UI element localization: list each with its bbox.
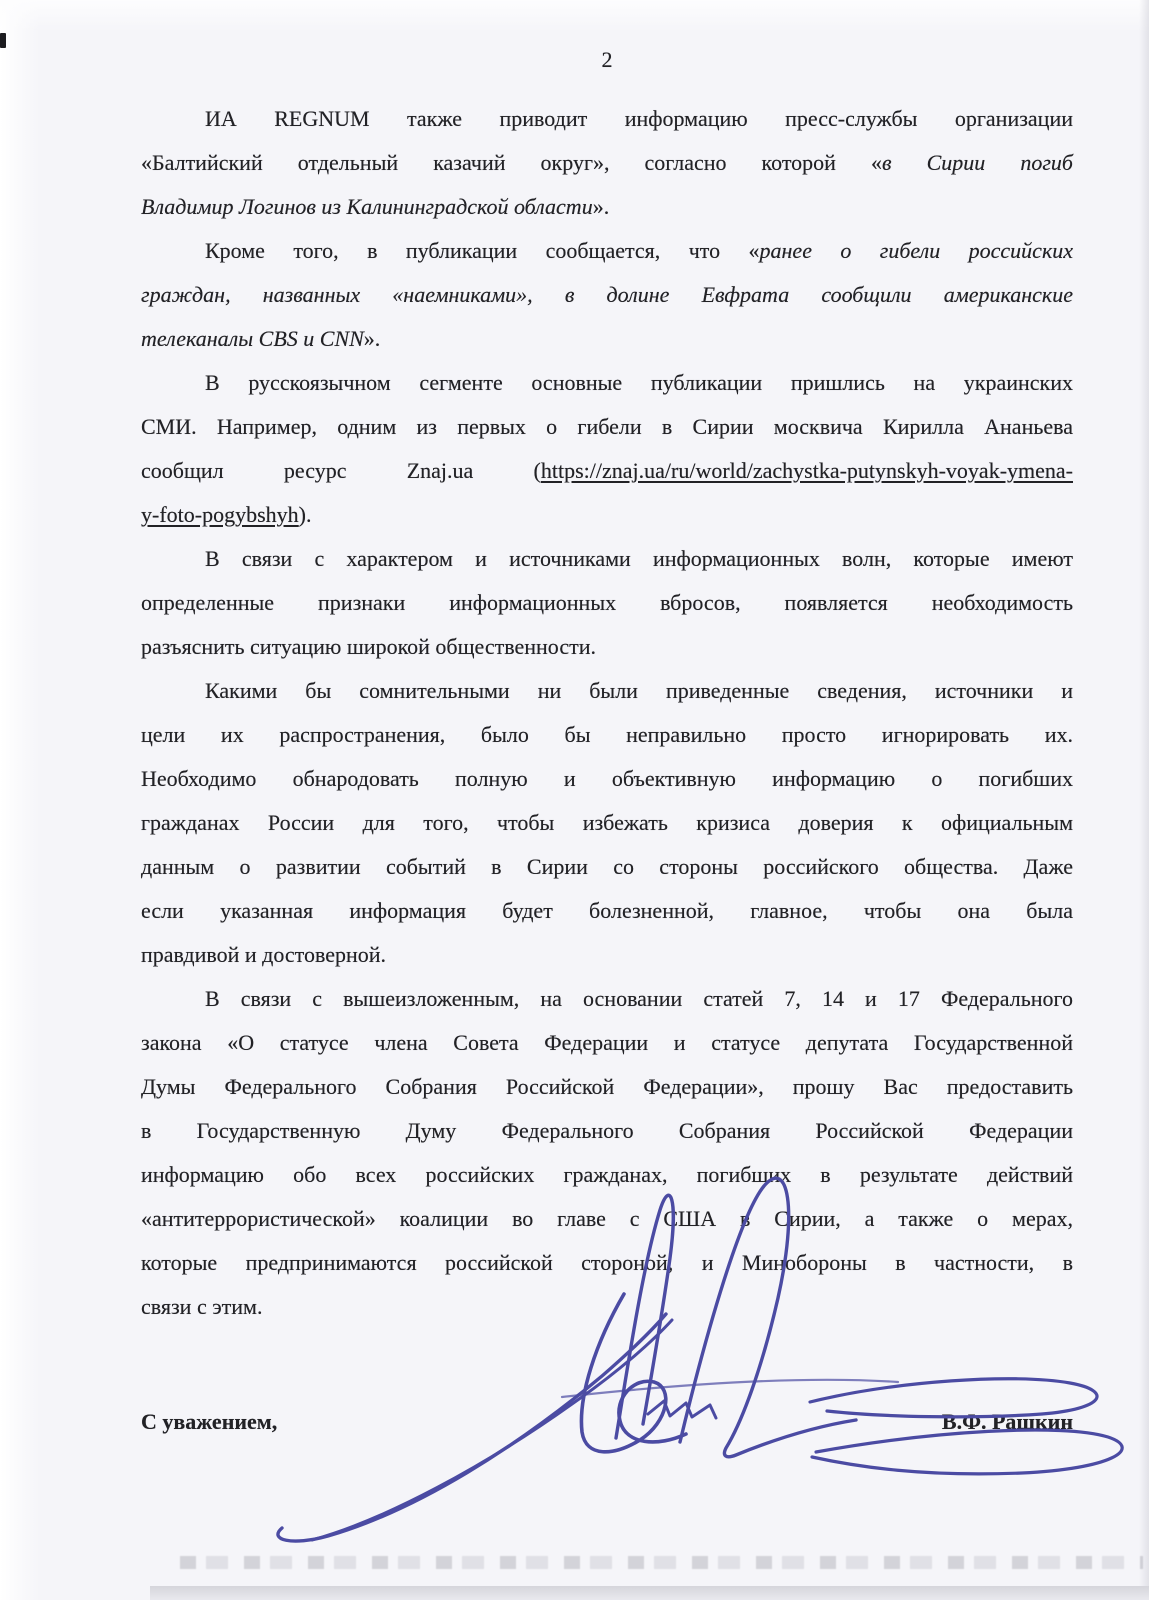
document-line: Кроме того, в публикации сообщается, что… — [141, 229, 1073, 273]
paragraph: ИА REGNUM также приводит информацию прес… — [141, 97, 1073, 229]
document-line: цели их распространения, было бы неправи… — [141, 713, 1073, 757]
paragraph: В связи с вышеизложенным, на основании с… — [141, 977, 1073, 1329]
document-line: информацию обо всех российских гражданах… — [141, 1153, 1073, 1197]
closing-salutation: С уважением, — [141, 1400, 277, 1444]
text-segment: В русскоязычном сегменте основные публик… — [205, 370, 1073, 395]
text-segment: разъяснить ситуацию широкой общественнос… — [141, 634, 596, 659]
document-line: В русскоязычном сегменте основные публик… — [141, 361, 1073, 405]
url-link: y-foto-pogybshyh — [141, 502, 299, 527]
signature-row: С уважением, В.Ф. Рашкин — [141, 1400, 1073, 1444]
text-segment: если указанная информация будет болезнен… — [141, 898, 1073, 923]
document-line: телеканалы CBS и CNN». — [141, 317, 1073, 361]
document-line: y-foto-pogybshyh). — [141, 493, 1073, 537]
document-line: сообщил ресурс Znaj.ua (https://znaj.ua/… — [141, 449, 1073, 493]
document-line: закона «О статусе члена Совета Федерации… — [141, 1021, 1073, 1065]
text-segment: правдивой и достоверной. — [141, 942, 386, 967]
document-line: Владимир Логинов из Калининградской обла… — [141, 185, 1073, 229]
text-segment: Думы Федерального Собрания Российской Фе… — [141, 1074, 1073, 1099]
document-line: гражданах России для того, чтобы избежат… — [141, 801, 1073, 845]
text-segment: сообщил ресурс Znaj.ua ( — [141, 458, 541, 483]
paragraph: Какими бы сомнительными ни были приведен… — [141, 669, 1073, 977]
text-segment: граждан, названных «наемниками», в долин… — [141, 282, 1073, 307]
document-line: в Государственную Думу Федерального Собр… — [141, 1109, 1073, 1153]
paragraph: В русскоязычном сегменте основные публик… — [141, 361, 1073, 537]
document-line: граждан, названных «наемниками», в долин… — [141, 273, 1073, 317]
document-line: если указанная информация будет болезнен… — [141, 889, 1073, 933]
document-line: определенные признаки информационных вбр… — [141, 581, 1073, 625]
scan-edge-band — [150, 1586, 1149, 1600]
document-line: которые предпринимаются российской сторо… — [141, 1241, 1073, 1285]
text-segment: Необходимо обнародовать полную и объекти… — [141, 766, 1073, 791]
document-line: В связи с вышеизложенным, на основании с… — [141, 977, 1073, 1021]
text-segment: «антитеррористической» коалиции во главе… — [141, 1206, 1073, 1231]
text-segment: закона «О статусе члена Совета Федерации… — [141, 1030, 1073, 1055]
scan-speck — [0, 33, 6, 48]
document-line: данным о развитии событий в Сирии со сто… — [141, 845, 1073, 889]
document-line: Думы Федерального Собрания Российской Фе… — [141, 1065, 1073, 1109]
text-segment: ИА REGNUM также приводит информацию прес… — [205, 106, 1073, 131]
text-segment: цели их распространения, было бы неправи… — [141, 722, 1073, 747]
paragraph: Кроме того, в публикации сообщается, что… — [141, 229, 1073, 361]
document-line: Необходимо обнародовать полную и объекти… — [141, 757, 1073, 801]
document-line: «антитеррористической» коалиции во главе… — [141, 1197, 1073, 1241]
text-segment: В связи с вышеизложенным, на основании с… — [205, 986, 1073, 1011]
text-segment: СМИ. Например, одним из первых о гибели … — [141, 414, 1073, 439]
document-line: «Балтийский отдельный казачий округ», со… — [141, 141, 1073, 185]
scan-noise-band — [180, 1556, 1143, 1569]
text-segment: данным о развитии событий в Сирии со сто… — [141, 854, 1073, 879]
text-segment: ». — [364, 326, 381, 351]
text-segment: информацию обо всех российских гражданах… — [141, 1162, 1073, 1187]
text-segment: ». — [593, 194, 610, 219]
page-number: 2 — [141, 38, 1073, 82]
text-segment: которые предпринимаются российской сторо… — [141, 1250, 1073, 1275]
document-line: разъяснить ситуацию широкой общественнос… — [141, 625, 1073, 669]
text-segment: в Государственную Думу Федерального Собр… — [141, 1118, 1073, 1143]
document-body: ИА REGNUM также приводит информацию прес… — [141, 97, 1073, 1329]
text-segment: Кроме того, в публикации сообщается, что… — [205, 238, 760, 263]
document-line: ИА REGNUM также приводит информацию прес… — [141, 97, 1073, 141]
text-segment: определенные признаки информационных вбр… — [141, 590, 1073, 615]
text-segment: В связи с характером и источниками инфор… — [205, 546, 1073, 571]
text-segment: Владимир Логинов из Калининградской обла… — [141, 194, 593, 219]
text-segment: в Сирии погиб — [882, 150, 1073, 175]
text-segment: связи с этим. — [141, 1294, 262, 1319]
text-segment: ). — [299, 502, 312, 527]
text-segment: гражданах России для того, чтобы избежат… — [141, 810, 1073, 835]
document-line: Какими бы сомнительными ни были приведен… — [141, 669, 1073, 713]
document-page: 2 ИА REGNUM также приводит информацию пр… — [0, 0, 1149, 1600]
document-line: СМИ. Например, одним из первых о гибели … — [141, 405, 1073, 449]
text-segment: ранее о гибели российских — [760, 238, 1074, 263]
text-segment: Какими бы сомнительными ни были приведен… — [205, 678, 1073, 703]
signatory-name: В.Ф. Рашкин — [942, 1400, 1073, 1444]
paragraph: В связи с характером и источниками инфор… — [141, 537, 1073, 669]
text-segment: телеканалы CBS и CNN — [141, 326, 364, 351]
text-segment: «Балтийский отдельный казачий округ», со… — [141, 150, 882, 175]
url-link: https://znaj.ua/ru/world/zachystka-putyn… — [541, 458, 1073, 483]
document-line: В связи с характером и источниками инфор… — [141, 537, 1073, 581]
document-line: связи с этим. — [141, 1285, 1073, 1329]
document-line: правдивой и достоверной. — [141, 933, 1073, 977]
